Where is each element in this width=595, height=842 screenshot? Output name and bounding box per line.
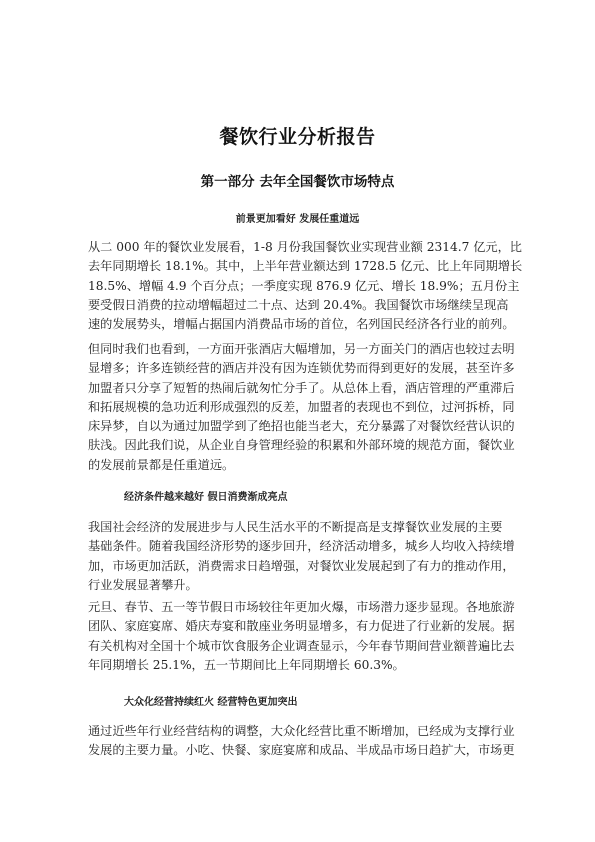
paragraph-4: 元旦、春节、五一等节假日市场较往年更加火爆，市场潜力逐步显现。各地旅游 团队、家… (88, 598, 513, 675)
text-line: 从二 000 年的餐饮业发展看，1-8 月份我国餐饮业实现营业额 2314.7 … (88, 238, 513, 257)
section-heading-1: 前景更加看好 发展任重道远 (0, 210, 595, 225)
text-line: 但同时我们也看到，一方面开张酒店大幅增加，另一方面关门的酒店也较过去明 (88, 340, 513, 359)
text-line: 通过近些年行业经营结构的调整，大众化经营比重不断增加，已经成为支撑行业 (88, 722, 513, 741)
text-line: 行业发展显著攀升。 (88, 576, 513, 595)
text-line: 要受假日消费的拉动增幅超过二十点、达到 20.4%。我国餐饮市场继续呈现高 (88, 296, 513, 315)
text-line: 有关机构对全国十个城市饮食服务企业调查显示，今年春节期间营业额普遍比去 (88, 637, 513, 656)
paragraph-1: 从二 000 年的餐饮业发展看，1-8 月份我国餐饮业实现营业额 2314.7 … (88, 238, 513, 334)
part-heading: 第一部分 去年全国餐饮市场特点 (0, 170, 595, 190)
text-line: 加，市场更加活跃，消费需求日趋增强，对餐饮业发展起到了有力的推动作用， (88, 557, 513, 576)
text-line: 元旦、春节、五一等节假日市场较往年更加火爆，市场潜力逐步显现。各地旅游 (88, 598, 513, 617)
document-title: 餐饮行业分析报告 (0, 122, 595, 149)
section-heading-3: 大众化经营持续红火 经营特色更加突出 (124, 693, 297, 708)
text-line: 肤浅。因此我们说，从企业自身管理经验的积累和外部环境的规范方面，餐饮业 (88, 436, 513, 455)
text-line: 加盟者只分享了短暂的热闹后就匆忙分手了。从总体上看，酒店管理的严重滞后 (88, 379, 513, 398)
text-line: 和拓展规模的急功近利形成强烈的反差，加盟者的表现也不到位，过河拆桥，同 (88, 398, 513, 417)
text-line: 18.5%、增幅 4.9 个百分点；一季度实现 876.9 亿元、增长 18.9… (88, 277, 513, 296)
text-line: 去年同期增长 18.1%。其中，上半年营业额达到 1728.5 亿元、比上年同期… (88, 257, 513, 276)
text-line: 显增多；许多连锁经营的酒店并没有因为连锁优势而得到更好的发展，甚至许多 (88, 359, 513, 378)
text-line: 速的发展势头，增幅占据国内消费品市场的首位，名列国民经济各行业的前列。 (88, 315, 513, 334)
text-line: 的发展前景都是任重道远。 (88, 456, 513, 475)
paragraph-5: 通过近些年行业经营结构的调整，大众化经营比重不断增加，已经成为支撑行业 发展的主… (88, 722, 513, 761)
text-line: 年同期增长 25.1%，五一节期间比上年同期增长 60.3%。 (88, 656, 513, 675)
section-heading-2: 经济条件越来越好 假日消费渐成亮点 (124, 488, 287, 503)
text-line: 团队、家庭宴席、婚庆寿宴和散座业务明显增多，有力促进了行业新的发展。据 (88, 617, 513, 636)
text-line: 基础条件。随着我国经济形势的逐步回升，经济活动增多，城乡人均收入持续增 (88, 537, 513, 556)
text-line: 我国社会经济的发展进步与人民生活水平的不断提高是支撑餐饮业发展的主要 (88, 518, 513, 537)
paragraph-3: 我国社会经济的发展进步与人民生活水平的不断提高是支撑餐饮业发展的主要 基础条件。… (88, 518, 513, 595)
paragraph-2: 但同时我们也看到，一方面开张酒店大幅增加，另一方面关门的酒店也较过去明 显增多；… (88, 340, 513, 475)
text-line: 发展的主要力量。小吃、快餐、家庭宴席和成品、半成品市场日趋扩大，市场更 (88, 741, 513, 760)
text-line: 床异梦，自以为通过加盟学到了绝招也能当老大，充分暴露了对餐饮经营认识的 (88, 417, 513, 436)
document-page: 餐饮行业分析报告 第一部分 去年全国餐饮市场特点 前景更加看好 发展任重道远 从… (0, 0, 595, 842)
